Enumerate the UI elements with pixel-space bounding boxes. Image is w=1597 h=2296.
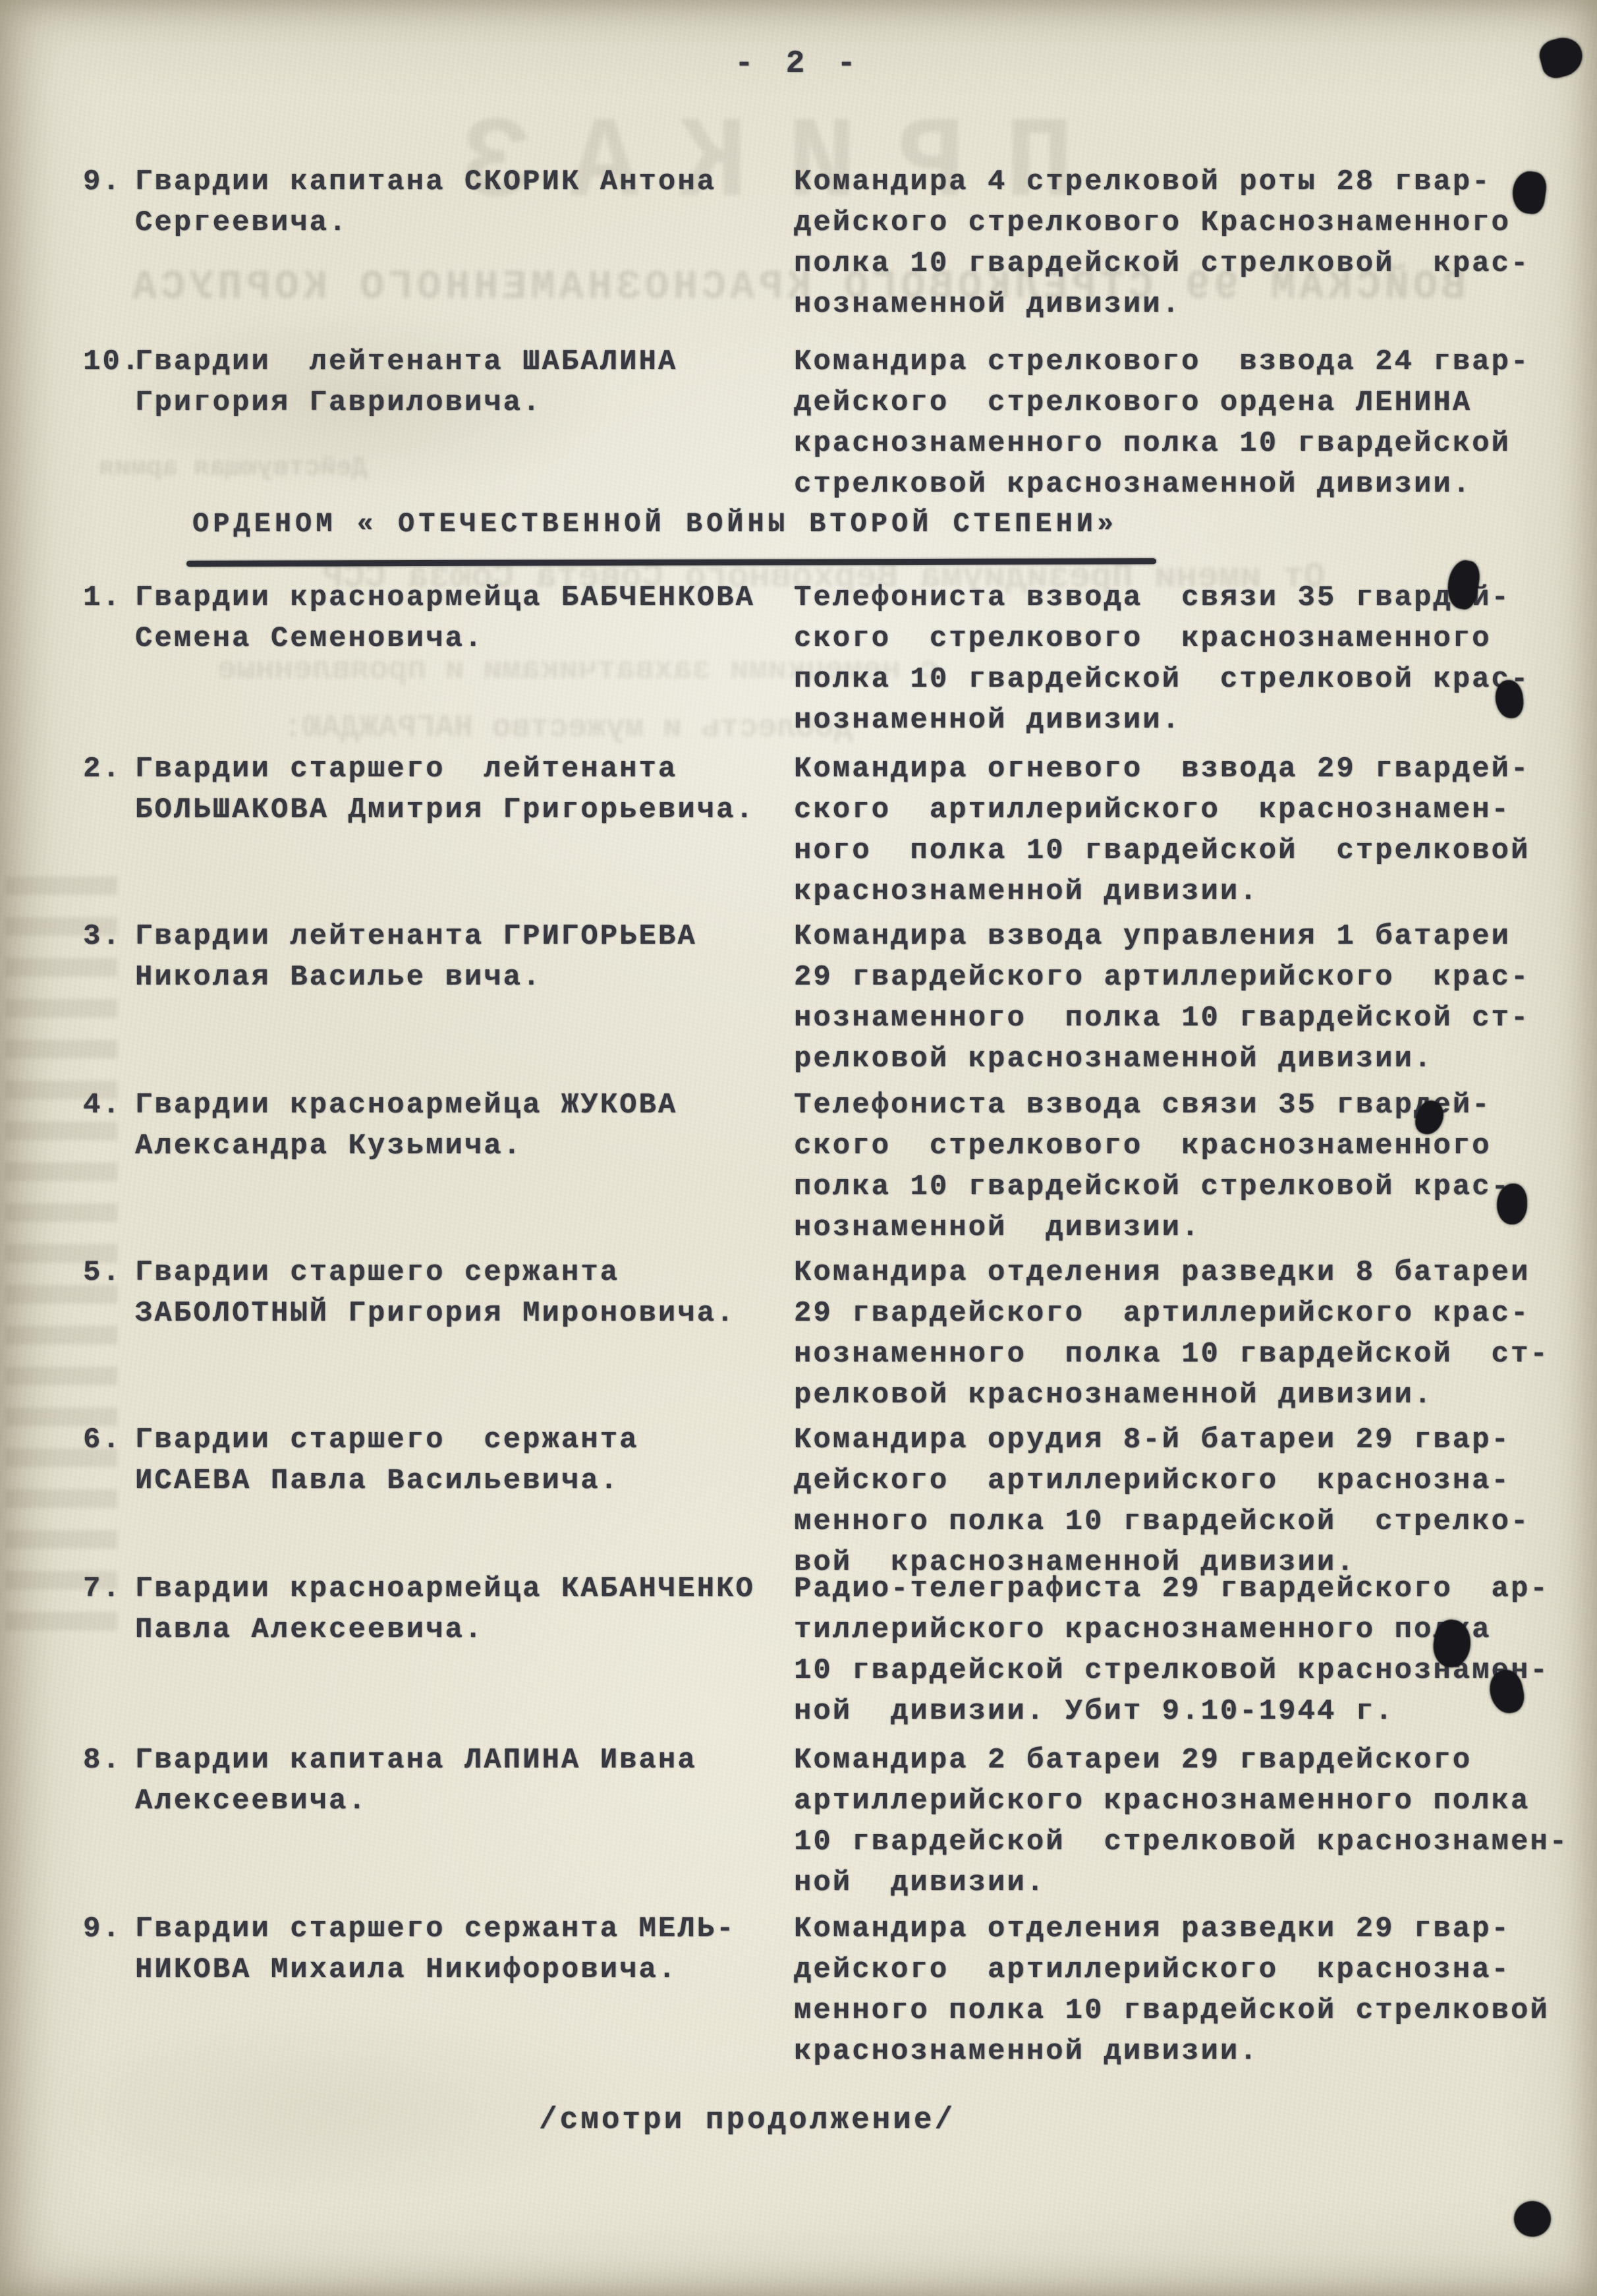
entry-name: Гвардии старшего сержанта МЕЛЬ- НИКОВА М…	[135, 1909, 800, 1990]
entry-name: Гвардии лейтенанта ШАБАЛИНА Григория Гав…	[135, 341, 800, 423]
continuation-note: /смотри продолжение/	[539, 2100, 955, 2140]
entry-number: 9.	[83, 1909, 136, 1949]
entry-name: Гвардии красноармейца БАБЧЕНКОВА Семена …	[135, 577, 800, 659]
entry-name: Гвардии капитана СКОРИК Антона Сергеевич…	[135, 161, 800, 243]
bleedthrough-line: доблесть и мужество НАГРАЖДАЮ:	[283, 710, 853, 746]
entry-role: Телефониста взвода связи 35 гвардей- ско…	[794, 1085, 1575, 1248]
entry-number: 9.	[83, 161, 136, 202]
entry-number: 4.	[83, 1085, 136, 1126]
entry-role: Командира отделения разведки 8 батареи 2…	[794, 1252, 1575, 1416]
entry-number: 1.	[83, 577, 136, 618]
entry-role: Командира взвода управления 1 батареи 29…	[794, 916, 1575, 1079]
entry-name: Гвардии красноармейца КАБАНЧЕНКО Павла А…	[135, 1568, 800, 1650]
entry-name: Гвардии лейтенанта ГРИГОРЬЕВА Николая Ва…	[135, 916, 800, 998]
entry-name: Гвардии старшего сержанта ИСАЕВА Павла В…	[135, 1420, 800, 1501]
entry-number: 2.	[83, 749, 136, 789]
page-number: - 2 -	[0, 43, 1597, 84]
entry-role: Командира отделения разведки 29 гвар- де…	[794, 1909, 1575, 2072]
entry-number: 8.	[83, 1740, 136, 1781]
entry-name: Гвардии капитана ЛАПИНА Ивана Алексеевич…	[135, 1740, 800, 1822]
entry-number: 3.	[83, 916, 136, 957]
section-heading: ОРДЕНОМ « ОТЕЧЕСТВЕННОЙ ВОЙНЫ ВТОРОЙ СТЕ…	[192, 503, 1181, 544]
entry-role: Командира стрелкового взвода 24 гвар- де…	[794, 341, 1575, 505]
entry-role: Командира 4 стрелковой роты 28 гвар- дей…	[794, 161, 1575, 325]
entry-name: Гвардии старшего лейтенанта БОЛЬШАКОВА Д…	[135, 749, 800, 830]
entry-role: Командира огневого взвода 29 гвардей- ск…	[794, 749, 1575, 912]
entry-role: Командира орудия 8-й батареи 29 гвар- де…	[794, 1420, 1575, 1583]
entry-role: Командира 2 батареи 29 гвардейского арти…	[794, 1740, 1575, 1903]
entry-name: Гвардии старшего сержанта ЗАБОЛОТНЫЙ Гри…	[135, 1252, 800, 1334]
scanned-document-page: { "page_number": "- 2 -", "section": { "…	[0, 0, 1597, 2296]
entry-number: 5.	[83, 1252, 136, 1293]
entry-number: 7.	[83, 1568, 136, 1609]
ink-blot	[1514, 2201, 1551, 2237]
entry-number: 6.	[83, 1420, 136, 1460]
entry-number: 10.	[83, 341, 136, 382]
entry-name: Гвардии красноармейца ЖУКОВА Александра …	[135, 1085, 800, 1166]
ink-blot	[1497, 1184, 1527, 1224]
section-heading-underline	[186, 558, 1156, 567]
bleedthrough-line: Действующая армия	[99, 453, 368, 483]
